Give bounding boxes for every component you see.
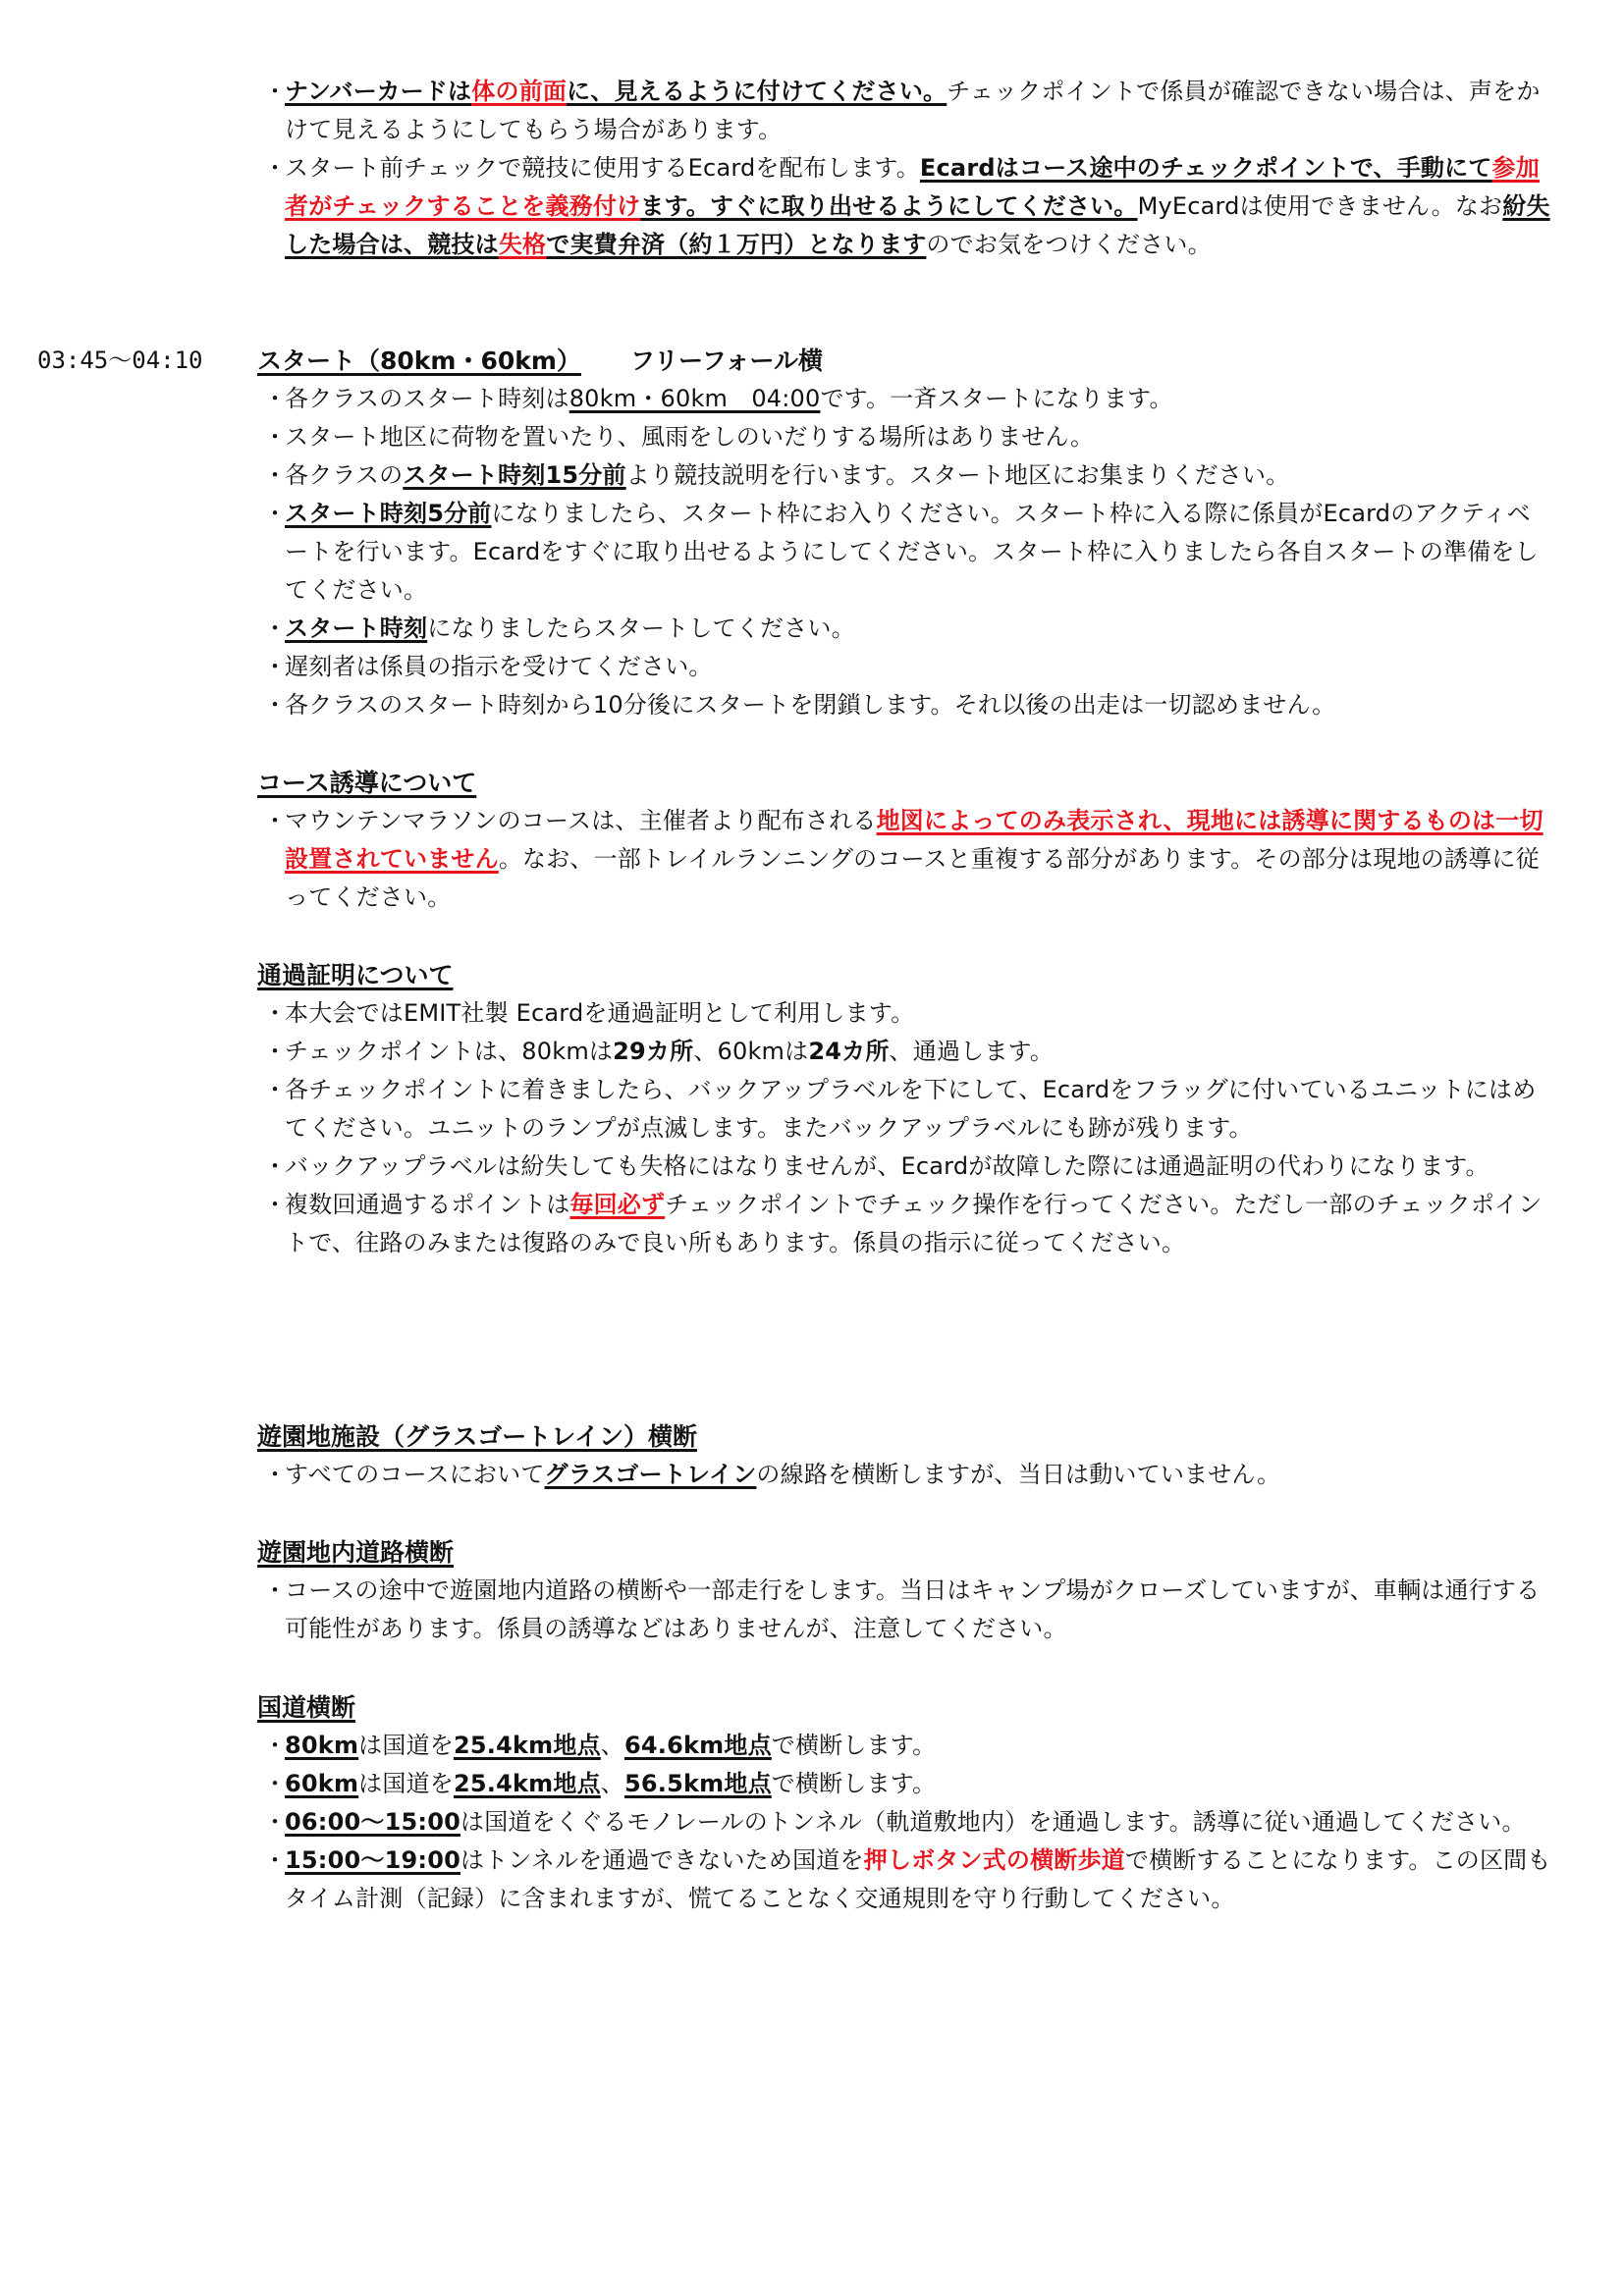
body-text: 各チェックポイントに着きましたら、バックアップラベルを下にして、Ecardをフラ… <box>285 1076 1536 1142</box>
bullet-icon: ・ <box>263 610 287 648</box>
body-text: 、通過します。 <box>890 1038 1054 1065</box>
emphasis-text: 80km・60km 04:00 <box>569 385 821 412</box>
pass-proof-section: 通過証明について ・本大会ではEMIT社製 Ecardを通過証明として利用します… <box>257 956 1553 1262</box>
body-text: バックアップラベルは紛失しても失格にはなりませんが、Ecardが故障した際には通… <box>285 1152 1489 1180</box>
bullet-icon: ・ <box>263 1456 287 1494</box>
emphasis-text: 60km <box>285 1770 358 1797</box>
course-guidance-section: コース誘導について ・マウンテンマラソンのコースは、主催者より配布される地図によ… <box>257 764 1553 917</box>
course-guidance-title: コース誘導について <box>257 769 476 797</box>
grass-go-train-title: 遊園地施設（グラスゴートレイン）横断 <box>257 1422 697 1451</box>
bullet-icon: ・ <box>263 73 287 111</box>
body-text: のでお気をつけください。 <box>926 231 1211 258</box>
bullet-icon: ・ <box>263 456 287 495</box>
body-text: になりましたらスタートしてください。 <box>427 614 855 642</box>
list-item: ・各クラスのスタート時刻から10分後にスタートを閉鎖します。それ以後の出走は一切… <box>257 686 1553 724</box>
list-item: ・15:00～19:00はトンネルを通過できないため国道を押しボタン式の横断歩道… <box>257 1842 1553 1918</box>
emphasis-text: ます。すぐに取り出せるようにしてください。 <box>640 192 1137 220</box>
emphasis-text: Ecardはコース途中のチェックポイントで、手動にて <box>920 154 1492 182</box>
list-item: ・複数回通過するポイントは毎回必ずチェックポイントでチェック操作を行ってください… <box>257 1186 1553 1262</box>
emphasis-text: 80km <box>285 1732 358 1759</box>
body-text: 本大会ではEMIT社製 Ecardを通過証明として利用します。 <box>285 999 914 1027</box>
body-text: 、 <box>601 1732 624 1759</box>
emphasis-text: スタート時刻5分前 <box>285 500 492 527</box>
national-road-title: 国道横断 <box>257 1693 355 1722</box>
list-item: ・遅刻者は係員の指示を受けてください。 <box>257 648 1553 686</box>
bullet-icon: ・ <box>263 802 287 840</box>
list-item: ・各クラスのスタート時刻は80km・60km 04:00です。一斉スタートになり… <box>257 380 1553 418</box>
bullet-icon: ・ <box>263 149 287 187</box>
bullet-icon: ・ <box>263 1765 287 1803</box>
start-section: スタート（80km・60km）フリーフォール横 ・各クラスのスタート時刻は80k… <box>257 342 1553 724</box>
park-road-section: 遊園地内道路横断 ・コースの途中で遊園地内道路の横断や一部走行をします。当日はキ… <box>257 1533 1553 1648</box>
body-text: 遅刻者は係員の指示を受けてください。 <box>285 653 713 680</box>
emphasis-text: 06:00～15:00 <box>285 1808 460 1836</box>
body-text: で横断します。 <box>772 1732 936 1759</box>
list-item: ・マウンテンマラソンのコースは、主催者より配布される地図によってのみ表示され、現… <box>257 802 1553 917</box>
start-title: スタート（80km・60km） <box>257 347 581 375</box>
body-text: です。一斉スタートになります。 <box>820 385 1172 412</box>
bullet-icon: ・ <box>263 418 287 456</box>
pass-proof-title: 通過証明について <box>257 961 454 989</box>
emphasis-text: で実費弁済（約１万円）となります <box>546 231 926 258</box>
list-item: ・ナンバーカードは体の前面に、見えるように付けてください。チェックポイントで係員… <box>257 73 1553 149</box>
bullet-icon: ・ <box>263 686 287 724</box>
bullet-icon: ・ <box>263 1727 287 1765</box>
section-heading: スタート（80km・60km）フリーフォール横 <box>257 342 1553 380</box>
emphasis-text: 25.4km地点 <box>454 1732 601 1759</box>
bullet-icon: ・ <box>263 495 287 533</box>
body-text: はトンネルを通過できないため国道を <box>460 1846 864 1874</box>
emphasis-text: 失格 <box>499 231 546 258</box>
document-page: ・ナンバーカードは体の前面に、見えるように付けてください。チェックポイントで係員… <box>0 0 1624 2296</box>
list-item: ・06:00～15:00は国道をくぐるモノレールのトンネル（軌道敷地内）を通過し… <box>257 1803 1553 1842</box>
list-item: ・チェックポイントは、80kmは29カ所、60kmは24カ所、通過します。 <box>257 1033 1553 1071</box>
list-item: ・コースの途中で遊園地内道路の横断や一部走行をします。当日はキャンプ場がクローズ… <box>257 1572 1553 1648</box>
body-text: は国道を <box>358 1732 454 1759</box>
section-heading: 遊園地内道路横断 <box>257 1533 1553 1572</box>
bullet-icon: ・ <box>263 994 287 1033</box>
list-item: ・80kmは国道を25.4km地点、64.6km地点で横断します。 <box>257 1727 1553 1765</box>
body-text: 各クラスのスタート時刻から10分後にスタートを閉鎖します。それ以後の出走は一切認… <box>285 691 1335 719</box>
body-text: MyEcardは使用できません。なお <box>1138 192 1503 220</box>
body-text: 、 <box>601 1770 624 1797</box>
emphasis-text: 毎回必ず <box>569 1191 665 1218</box>
emphasis-text: スタート時刻 <box>285 614 427 642</box>
bullet-icon: ・ <box>263 1842 287 1880</box>
emphasis-text: スタート時刻15分前 <box>403 461 625 489</box>
list-item: ・60kmは国道を25.4km地点、56.5km地点で横断します。 <box>257 1765 1553 1803</box>
list-item: ・バックアップラベルは紛失しても失格にはなりませんが、Ecardが故障した際には… <box>257 1148 1553 1186</box>
emphasis-text: 29カ所 <box>613 1038 693 1065</box>
bullet-icon: ・ <box>263 1572 287 1610</box>
national-road-section: 国道横断 ・80kmは国道を25.4km地点、64.6km地点で横断します。 ・… <box>257 1688 1553 1918</box>
body-text: 複数回通過するポイントは <box>285 1191 569 1218</box>
bullet-icon: ・ <box>263 1033 287 1071</box>
section-heading: 通過証明について <box>257 956 1553 994</box>
body-text: スタート地区に荷物を置いたり、風雨をしのいだりする場所はありません。 <box>285 423 1094 451</box>
body-text: は国道をくぐるモノレールのトンネル（軌道敷地内）を通過します。誘導に従い通過して… <box>460 1808 1526 1836</box>
schedule-time: 03:45～04:10 <box>37 342 203 380</box>
bullet-icon: ・ <box>263 648 287 686</box>
grass-go-train-section: 遊園地施設（グラスゴートレイン）横断 ・すべてのコースにおいてグラスゴートレイン… <box>257 1417 1553 1494</box>
list-item: ・本大会ではEMIT社製 Ecardを通過証明として利用します。 <box>257 994 1553 1033</box>
body-text: スタート前チェックで競技に使用するEcardを配布します。 <box>285 154 920 182</box>
emphasis-text: 24カ所 <box>808 1038 889 1065</box>
emphasis-text: グラスゴートレイン <box>545 1461 757 1488</box>
bullet-icon: ・ <box>263 1803 287 1842</box>
list-item: ・スタート前チェックで競技に使用するEcardを配布します。Ecardはコース途… <box>257 149 1553 264</box>
list-item: ・各クラスのスタート時刻15分前より競技説明を行います。スタート地区にお集まりく… <box>257 456 1553 495</box>
emphasis-text: 56.5km地点 <box>624 1770 772 1797</box>
list-item: ・スタート時刻になりましたらスタートしてください。 <box>257 610 1553 648</box>
bullet-icon: ・ <box>263 1071 287 1109</box>
start-location: フリーフォール横 <box>630 347 823 375</box>
emphasis-text: 25.4km地点 <box>454 1770 601 1797</box>
list-item: ・スタート地区に荷物を置いたり、風雨をしのいだりする場所はありません。 <box>257 418 1553 456</box>
intro-section: ・ナンバーカードは体の前面に、見えるように付けてください。チェックポイントで係員… <box>257 73 1553 264</box>
body-text: の線路を横断しますが、当日は動いていません。 <box>756 1461 1280 1488</box>
emphasis-text: 64.6km地点 <box>624 1732 772 1759</box>
list-item: ・すべてのコースにおいてグラスゴートレインの線路を横断しますが、当日は動いていま… <box>257 1456 1553 1494</box>
body-text: コースの途中で遊園地内道路の横断や一部走行をします。当日はキャンプ場がクローズし… <box>285 1576 1540 1642</box>
body-text: 、60kmは <box>693 1038 808 1065</box>
body-text: チェックポイントは、80kmは <box>285 1038 613 1065</box>
body-text: 各クラスのスタート時刻は <box>285 385 569 412</box>
park-road-title: 遊園地内道路横断 <box>257 1538 454 1567</box>
emphasis-text: 押しボタン式の横断歩道 <box>864 1846 1125 1874</box>
emphasis-text: に、見えるように付けてください。 <box>567 78 947 105</box>
section-heading: 国道横断 <box>257 1688 1553 1727</box>
body-text: は国道を <box>358 1770 454 1797</box>
list-item: ・スタート時刻5分前になりましたら、スタート枠にお入りください。スタート枠に入る… <box>257 495 1553 610</box>
body-text: より競技説明を行います。スタート地区にお集まりください。 <box>626 461 1290 489</box>
emphasis-text: 15:00～19:00 <box>285 1846 460 1874</box>
emphasis-text: ナンバーカードは <box>285 78 471 105</box>
section-heading: 遊園地施設（グラスゴートレイン）横断 <box>257 1417 1553 1456</box>
bullet-icon: ・ <box>263 1148 287 1186</box>
body-text: マウンテンマラソンのコースは、主催者より配布される <box>285 807 877 834</box>
list-item: ・各チェックポイントに着きましたら、バックアップラベルを下にして、Ecardをフ… <box>257 1071 1553 1148</box>
emphasis-text: 体の前面 <box>471 78 567 105</box>
section-heading: コース誘導について <box>257 764 1553 802</box>
body-text: 各クラスの <box>285 461 403 489</box>
body-text: で横断します。 <box>772 1770 936 1797</box>
bullet-icon: ・ <box>263 1186 287 1224</box>
body-text: すべてのコースにおいて <box>285 1461 545 1488</box>
bullet-icon: ・ <box>263 380 287 418</box>
